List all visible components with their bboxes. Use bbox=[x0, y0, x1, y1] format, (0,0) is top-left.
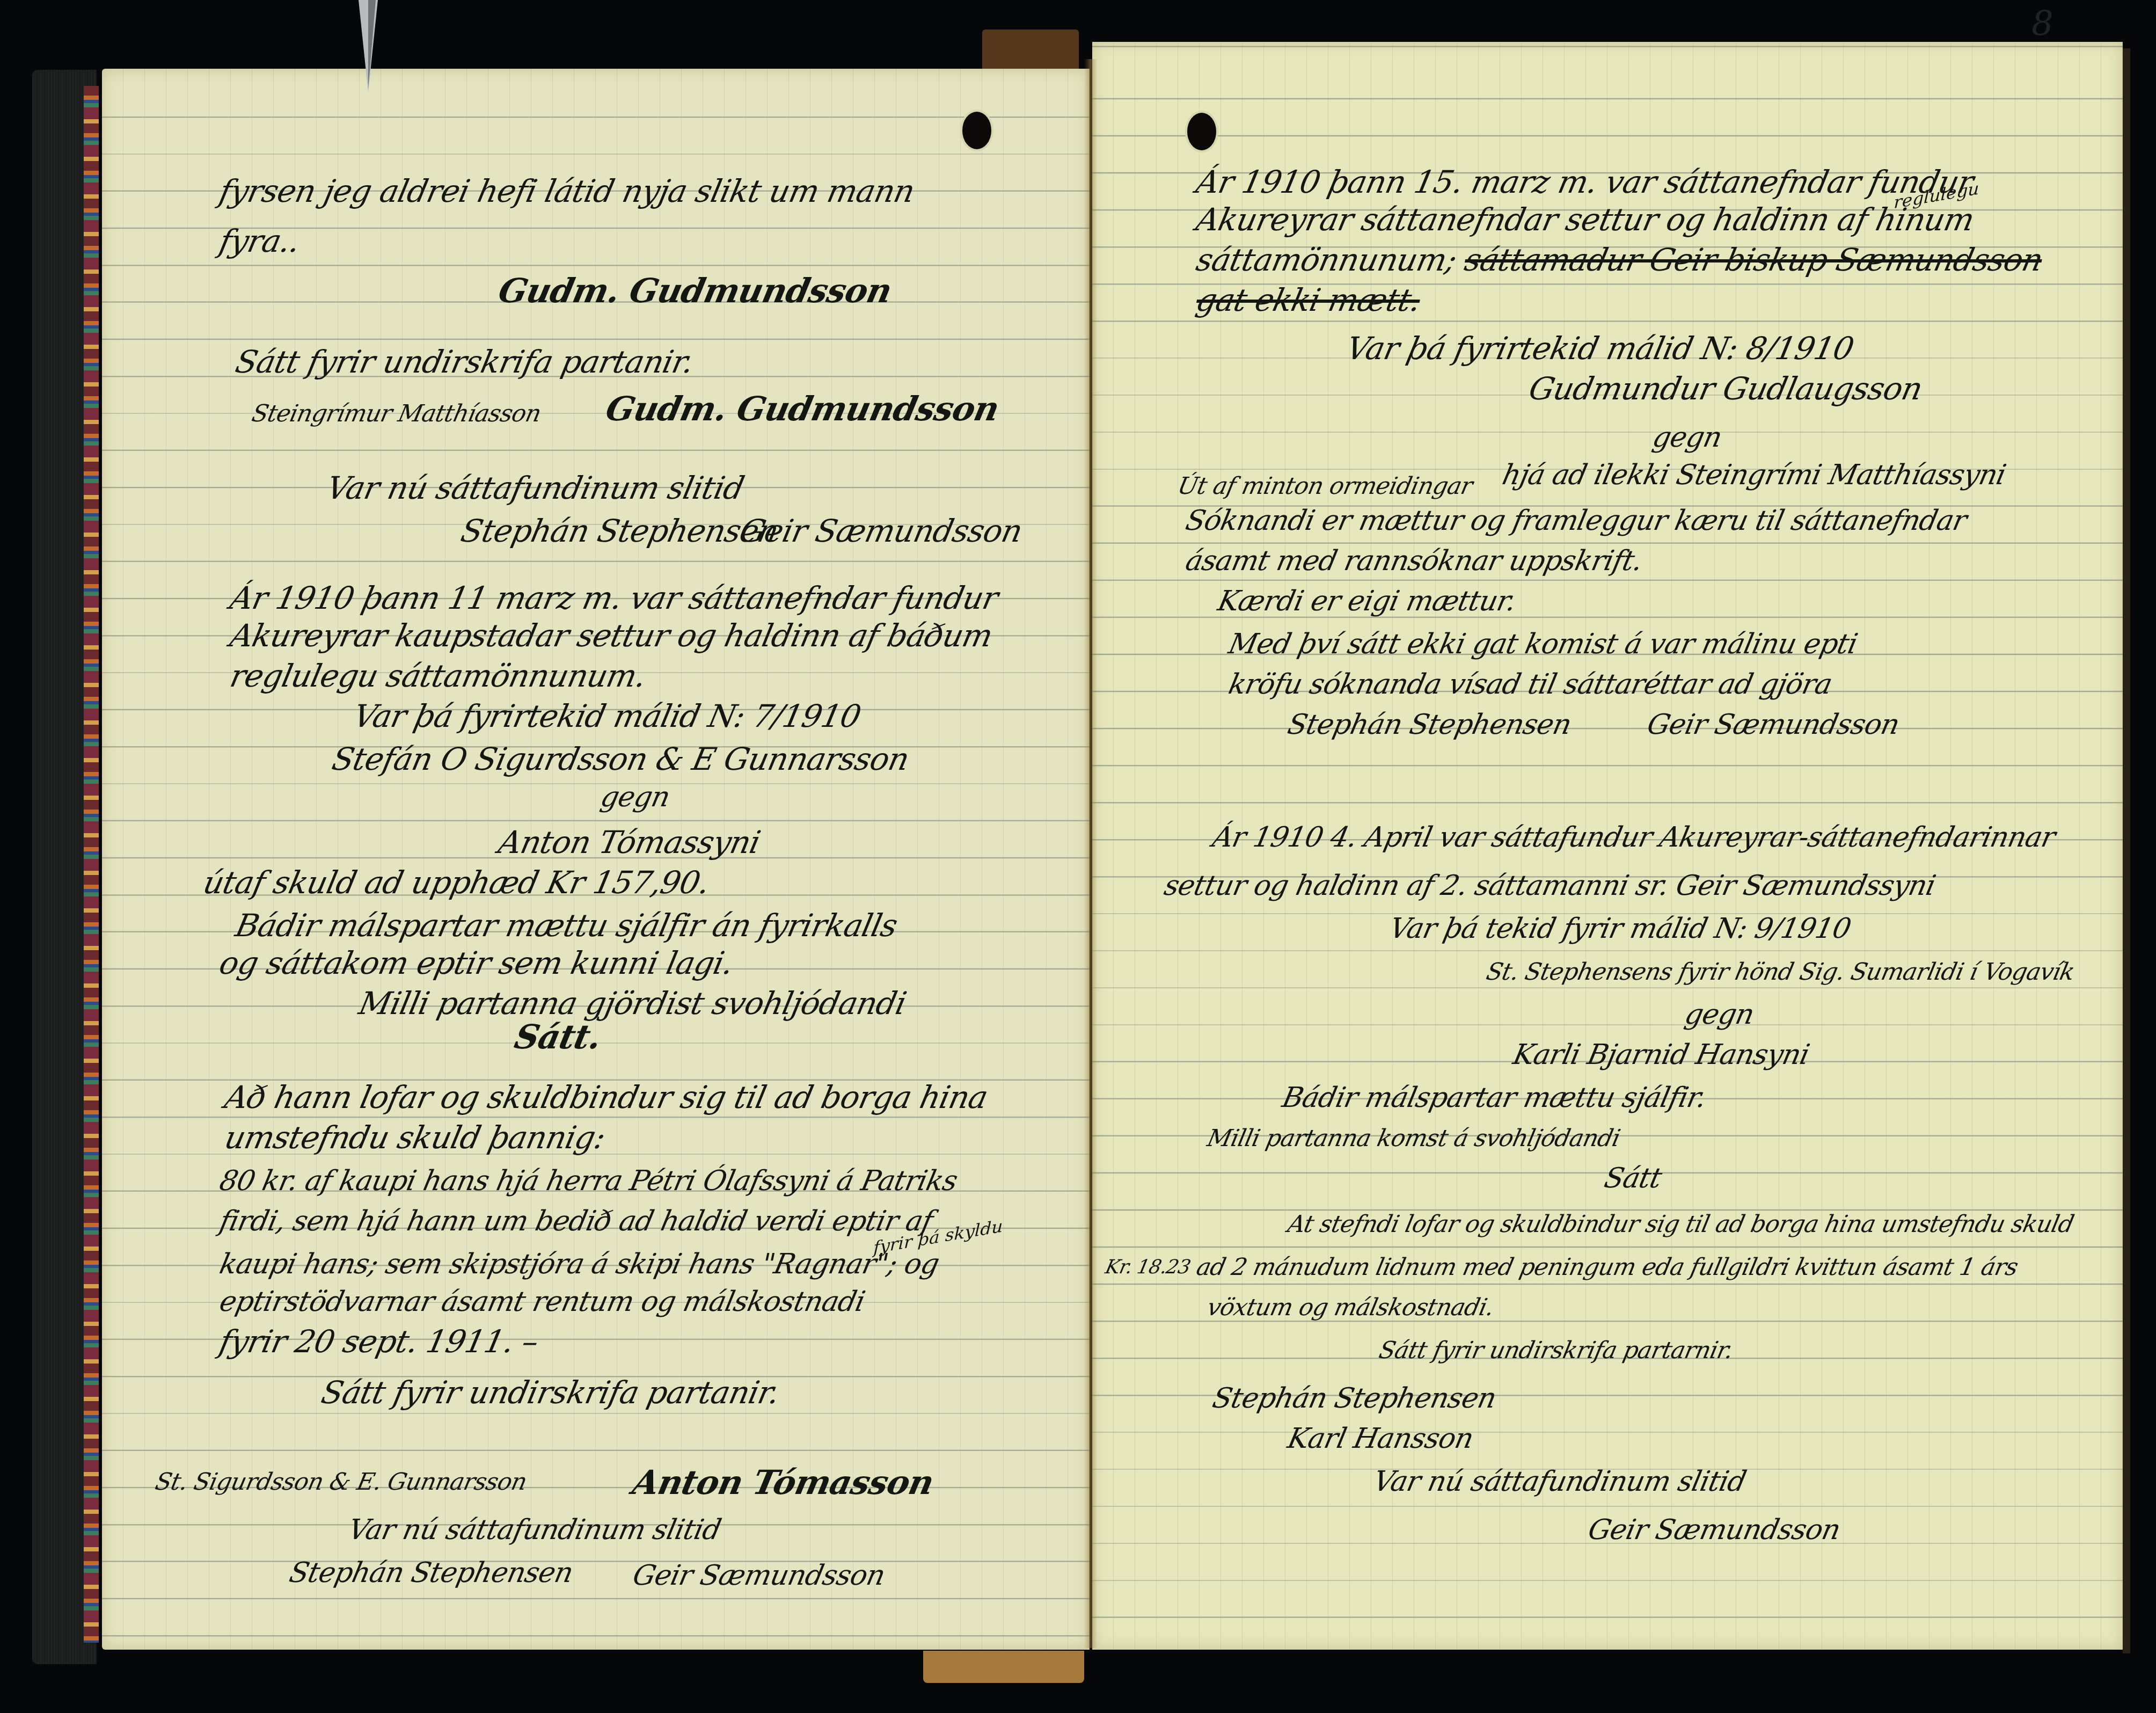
case-heading: Var þá tekid fyrir málid N: 9/1910 bbox=[1387, 913, 1854, 945]
struck-through-text: gat ekki mætt. bbox=[1193, 282, 1424, 318]
handwritten-line: Sóknandi er mættur og framleggur kæru ti… bbox=[1183, 505, 1970, 537]
handwritten-line: Ár 1910 4. April var sáttafundur Akureyr… bbox=[1210, 821, 2058, 854]
handwritten-line: Sátt fyrir undirskrifa partanir. bbox=[232, 344, 697, 380]
signature: Geir Sæmundsson bbox=[1585, 1514, 1843, 1546]
handwritten-line: reglulegu sáttamönnunum. bbox=[227, 658, 649, 694]
signature: St. Sigurdsson & E. Gunnarsson bbox=[153, 1468, 529, 1496]
book-gutter bbox=[1084, 59, 1097, 1648]
signature: Geir Sæmundsson bbox=[1645, 709, 1902, 741]
handwritten-line: eptirstödvarnar ásamt rentum og málskost… bbox=[217, 1286, 868, 1318]
handwritten-line: Med því sátt ekki gat komist á var málin… bbox=[1226, 628, 1860, 660]
signature: Geir Sæmundsson bbox=[737, 513, 1026, 549]
signature: Stephán Stephensen bbox=[458, 513, 782, 549]
handwritten-line: firdi, sem hjá hann um bedið ad haldid v… bbox=[217, 1205, 936, 1237]
page-top-edge bbox=[982, 30, 1079, 70]
settlement-heading: Sátt. bbox=[511, 1017, 604, 1056]
handwritten-line: kaupi hans; sem skipstjóra á skipi hans … bbox=[217, 1248, 942, 1280]
handwritten-line: 80 kr. af kaupi hans hjá herra Pétri Óla… bbox=[217, 1165, 960, 1197]
handwritten-line: vöxtum og málskostnadi. bbox=[1205, 1294, 1496, 1321]
handwritten-line: Bádir málspartar mættu sjálfir án fyrirk… bbox=[232, 907, 901, 944]
binding-hole-icon bbox=[1187, 113, 1216, 150]
signature: Gudm. Gudmundsson bbox=[495, 271, 895, 310]
case-heading: Var þá fyrirtekid málid N: 7/1910 bbox=[350, 698, 864, 734]
handwritten-line: Sátt fyrir undirskrifa partarnir. bbox=[1377, 1337, 1736, 1364]
case-heading: Var þá fyrirtekid málid N: 8/1910 bbox=[1343, 330, 1857, 367]
right-cover-edge bbox=[2123, 48, 2130, 1653]
handwritten-line: fyrir 20 sept. 1911. – bbox=[216, 1323, 542, 1360]
binding-hole-icon bbox=[962, 112, 991, 149]
handwritten-line: fyrsen jeg aldrei hefi látid nyja slikt … bbox=[216, 173, 918, 209]
signature: Karl Hansson bbox=[1285, 1423, 1477, 1455]
handwritten-line: umstefndu skuld þannig: bbox=[222, 1119, 609, 1156]
handwritten-line: sáttamönnunum; bbox=[1193, 242, 1460, 278]
handwritten-line: Milli partanna gjördist svohljódandi bbox=[356, 985, 909, 1022]
handwritten-line: Var nú sáttafundinum slitid bbox=[346, 1514, 724, 1546]
versus-label: gegn bbox=[598, 781, 673, 813]
signature: Stephán Stephensen bbox=[287, 1557, 576, 1589]
handwritten-line: Akureyrar kaupstadar settur og haldinn a… bbox=[227, 617, 996, 654]
handwritten-line: kröfu sóknanda vísad til sáttaréttar ad … bbox=[1226, 668, 1835, 701]
handwritten-line: Út af minton ormeidingar bbox=[1175, 472, 1475, 500]
signature: Steingrímur Matthíasson bbox=[250, 400, 544, 427]
handwritten-line: Milli partanna komst á svohljódandi bbox=[1205, 1125, 1623, 1152]
plaintiff-name: Stefán O Sigurdsson & E Gunnarsson bbox=[329, 741, 912, 777]
margin-amount: Kr. 18.23 bbox=[1103, 1256, 1193, 1278]
handwritten-line: og sáttakom eptir sem kunni lagi. bbox=[216, 945, 736, 981]
versus-label: gegn bbox=[1650, 421, 1725, 454]
handwritten-line: Sátt fyrir undirskrifa partanir. bbox=[318, 1374, 783, 1411]
signature: Gudm. Gudmundsson bbox=[602, 389, 1002, 428]
handwritten-line: fyra.. bbox=[216, 223, 303, 259]
handwritten-line: Kærdi er eigi mættur. bbox=[1215, 585, 1519, 617]
signature: Anton Tómasson bbox=[629, 1463, 937, 1502]
signature: Stephán Stephensen bbox=[1285, 709, 1574, 741]
page-bottom-edge bbox=[923, 1651, 1084, 1683]
versus-label: gegn bbox=[1682, 998, 1757, 1031]
handwritten-line: ad 2 mánudum lidnum med peningum eda ful… bbox=[1194, 1253, 2020, 1281]
scan-background: 8 fyrsen jeg aldrei hefi látid nyja slik… bbox=[0, 0, 2156, 1713]
defendant-name: Anton Tómassyni bbox=[495, 824, 764, 861]
defendant-name: Karli Bjarnid Hansyni bbox=[1510, 1039, 1812, 1071]
defendant-name: hjá ad ilekki Steingrími Matthíassyni bbox=[1500, 459, 2009, 491]
settlement-heading: Sátt bbox=[1602, 1162, 1664, 1194]
handwritten-line: útaf skuld ad upphæd Kr 157,90. bbox=[200, 864, 713, 901]
handwritten-line: Var nú sáttafundinum slitid bbox=[324, 470, 747, 506]
marbled-page-edge bbox=[84, 86, 99, 1643]
page-number: 8 bbox=[2031, 4, 2053, 44]
handwritten-line: settur og haldinn af 2. sáttamanni sr. G… bbox=[1161, 870, 1939, 902]
awl-shadow bbox=[368, 0, 376, 89]
handwritten-line: ásamt med rannsóknar uppskrift. bbox=[1183, 545, 1646, 577]
handwritten-line: Var nú sáttafundinum slitid bbox=[1371, 1466, 1749, 1498]
signature: Geir Sæmundsson bbox=[630, 1559, 888, 1592]
plaintiff-name: St. Stephensens fyrir hönd Sig. Sumarlid… bbox=[1484, 958, 2077, 986]
struck-through-text: sáttamadur Geir biskup Sæmundsson bbox=[1461, 242, 2046, 278]
handwritten-line: Ár 1910 þann 11 marz m. var sáttanefndar… bbox=[227, 580, 1002, 616]
handwritten-line: At stefndi lofar og skuldbindur sig til … bbox=[1285, 1211, 2077, 1238]
handwritten-line: Akureyrar sáttanefndar settur og haldinn… bbox=[1193, 201, 1977, 238]
handwritten-line: Ár 1910 þann 15. marz m. var sáttanefnda… bbox=[1193, 164, 1977, 200]
signature: Stephán Stephensen bbox=[1210, 1382, 1499, 1415]
plaintiff-name: Gudmundur Gudlaugsson bbox=[1526, 370, 1926, 407]
handwritten-line: Að hann lofar og skuldbindur sig til ad … bbox=[222, 1079, 991, 1116]
handwritten-line: Bádir málspartar mættu sjálfir. bbox=[1280, 1082, 1709, 1114]
